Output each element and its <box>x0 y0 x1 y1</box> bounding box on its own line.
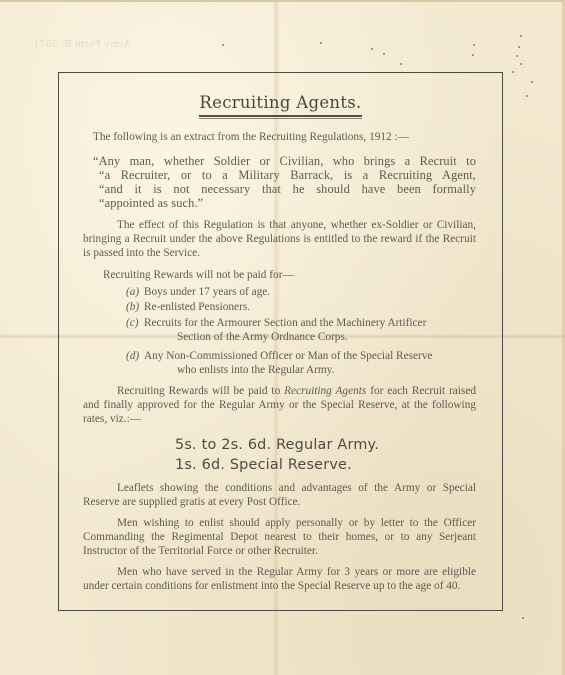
ink-speck <box>522 617 524 619</box>
not-paid-heading: Recruiting Rewards will not be paid for— <box>83 269 476 283</box>
item-text: Recruits for the Armourer Section and th… <box>144 317 426 329</box>
exclusion-item: (a) Boys under 17 years of age. <box>126 286 476 300</box>
reward-rates: 5s. to 2s. 6d. Regular Army. 1s. 6d. Spe… <box>83 435 476 475</box>
item-text-wrapper: Recruits for the Armourer Section and th… <box>144 317 476 344</box>
ink-speck <box>222 44 224 46</box>
rate-regular-army: 5s. to 2s. 6d. Regular Army. <box>175 435 476 455</box>
ink-speck <box>473 44 475 46</box>
item-text: Boys under 17 years of age. <box>144 286 476 300</box>
served-paragraph: Men who have served in the Regular Army … <box>83 566 476 593</box>
quote-line: “Any man, whether Soldier or Civilian, w… <box>93 154 476 168</box>
ink-speck <box>383 53 385 55</box>
item-continuation: who enlists into the Regular Army. <box>144 364 476 378</box>
bleed-through-text: Army Form B. 5071. <box>30 38 132 50</box>
quote-line: “a Recruiter, or to a Military Barrack, … <box>105 168 476 182</box>
ink-speck <box>371 48 373 50</box>
paid-text-before: Recruiting Rewards will be paid to <box>117 385 284 397</box>
regulation-quote: “Any man, whether Soldier or Civilian, w… <box>83 154 476 211</box>
item-marker: (c) <box>126 317 144 344</box>
ink-speck <box>400 63 402 65</box>
leaflets-paragraph: Leaflets showing the conditions and adva… <box>83 482 476 509</box>
intro-line: The following is an extract from the Rec… <box>83 131 476 145</box>
item-marker: (a) <box>126 286 144 300</box>
ink-speck <box>512 71 514 73</box>
quote-line: “appointed as such.” <box>105 196 476 210</box>
ink-speck <box>472 54 474 56</box>
enlist-paragraph: Men wishing to enlist should apply perso… <box>83 517 476 558</box>
paid-paragraph: Recruiting Rewards will be paid to Recru… <box>83 385 476 426</box>
ink-speck <box>526 95 528 97</box>
item-text-wrapper: Any Non-Commissioned Officer or Man of t… <box>144 350 476 377</box>
ink-speck <box>320 42 322 44</box>
paid-text-emphasis: Recruiting Agents <box>284 385 366 397</box>
rate-special-reserve: 1s. 6d. Special Reserve. <box>175 455 476 475</box>
exclusion-item: (c) Recruits for the Armourer Section an… <box>126 317 476 344</box>
exclusions-list: (a) Boys under 17 years of age. (b) Re-e… <box>83 286 476 378</box>
ink-speck <box>520 63 522 65</box>
exclusion-item: (b) Re-enlisted Pensioners. <box>126 301 476 315</box>
document-page: Army Form B. 5071. Recruiting Agents. Th… <box>0 0 565 675</box>
item-text: Re-enlisted Pensioners. <box>144 301 476 315</box>
effect-paragraph: The effect of this Regulation is that an… <box>83 219 476 260</box>
quote-line: “and it is not necessary that he should … <box>105 182 476 196</box>
item-marker: (b) <box>126 301 144 315</box>
ink-speck <box>520 35 522 37</box>
ink-speck <box>516 55 518 57</box>
ink-speck <box>531 81 533 83</box>
item-continuation: Section of the Army Ordnance Corps. <box>144 331 476 345</box>
item-text: Any Non-Commissioned Officer or Man of t… <box>144 350 432 362</box>
exclusion-item: (d) Any Non-Commissioned Officer or Man … <box>126 350 476 377</box>
item-marker: (d) <box>126 350 144 377</box>
ink-speck <box>518 46 520 48</box>
bordered-notice: Recruiting Agents. The following is an e… <box>58 72 503 611</box>
notice-title: Recruiting Agents. <box>199 93 361 117</box>
